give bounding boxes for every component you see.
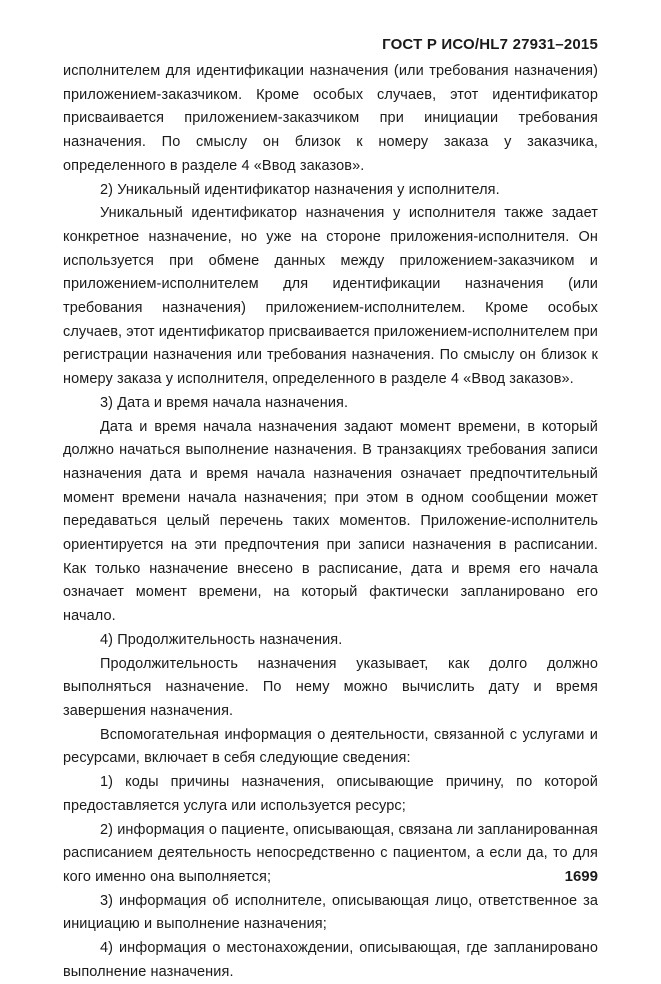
list-item-3-heading: 3) Дата и время начала назначения.: [63, 392, 598, 416]
document-header: ГОСТ Р ИСО/HL7 27931–2015: [63, 36, 598, 54]
paragraph-continuation: исполнителем для идентификации назначени…: [63, 60, 598, 179]
paragraph: Дата и время начала назначения задают мо…: [63, 416, 598, 629]
paragraph: Уникальный идентификатор назначения у ис…: [63, 202, 598, 392]
page-number: 1699: [565, 868, 598, 885]
document-body: исполнителем для идентификации назначени…: [63, 60, 598, 984]
paragraph: Вспомогательная информация о деятельност…: [63, 724, 598, 771]
sublist-item-3: 3) информация об исполнителе, описывающа…: [63, 890, 598, 937]
sublist-item-2: 2) информация о пациенте, описывающая, с…: [63, 819, 598, 890]
document-page: ГОСТ Р ИСО/HL7 27931–2015 исполнителем д…: [0, 0, 661, 935]
sublist-item-1: 1) коды причины назначения, описывающие …: [63, 771, 598, 818]
list-item-2-heading: 2) Уникальный идентификатор назначения у…: [63, 179, 598, 203]
list-item-4-heading: 4) Продолжительность назначения.: [63, 629, 598, 653]
paragraph: Продолжительность назначения указывает, …: [63, 653, 598, 724]
sublist-item-4: 4) информация о местонахождении, описыва…: [63, 937, 598, 984]
